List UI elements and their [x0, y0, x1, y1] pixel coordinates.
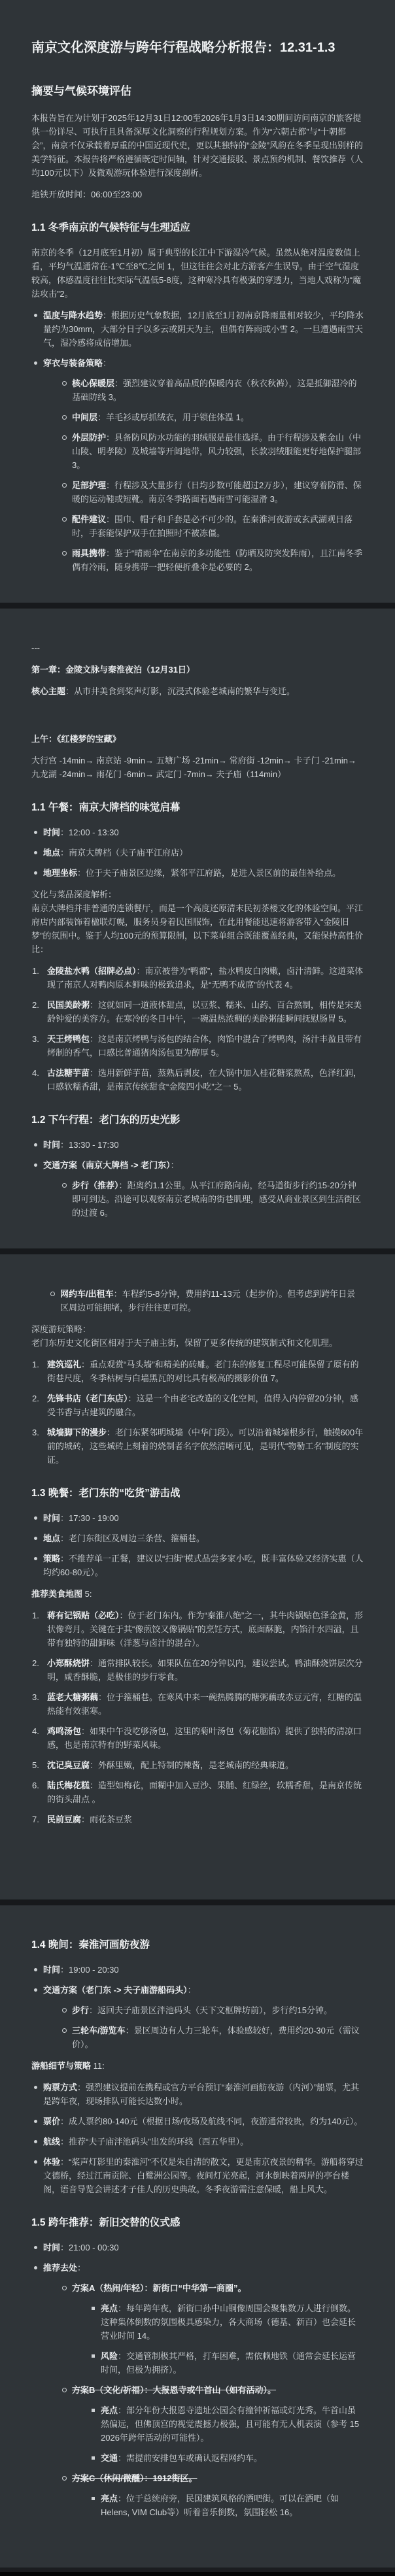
list-item-text: 时间：12:00 - 13:30 [43, 828, 119, 837]
list-item: 地理坐标：位于夫子庙景区边缘，紧邻平江府路，是进入景区前的最佳补给点。 [31, 866, 364, 880]
list-item-label: 交通方案（南京大牌档 -> 老门东） [43, 1160, 171, 1170]
list-item-label: 航线 [43, 2137, 60, 2147]
list-item-label: 小郑酥烧饼 [47, 1658, 90, 1668]
list-item-label: 步行 [72, 2005, 89, 2015]
paragraph-text: 南京的冬季（12月底至1月初）属于典型的长江中下游湿冷气候。虽然从绝对温度数值上… [31, 248, 361, 299]
list-item-text: 三轮车/游览车：景区周边有人力三轮车，体验感较好，费用约20-30元（需议价）。 [72, 2026, 360, 2049]
list-item: 温度与降水趋势：根据历史气象数据，12月底至1月初南京降雨量相对较少，平均降水量… [31, 309, 364, 350]
list-item: 交通方案（南京大牌档 -> 老门东）：步行（推荐）：距离约1.1公里。从平江府路… [31, 1158, 364, 1220]
list-item-text: 体验：“桨声灯影里的秦淮河”不仅是朱自清的散文，更是南京夜景的精华。游船将穿过文… [43, 2157, 364, 2194]
list-item-label: 时间 [43, 1140, 60, 1150]
paragraph: 本报告旨在为计划于2025年12月31日12:00至2026年1月3日14:30… [31, 111, 364, 180]
list-item-text: 穿衣与装备策略： [43, 358, 111, 368]
list-item-desc: ：“桨声灯影里的秦淮河”不仅是朱自清的散文，更是南京夜景的精华。游船将穿过文德桥… [43, 2157, 364, 2194]
list-item-desc: ：不推荐单一正餐，建议以“扫街”模式品尝多家小吃，既丰富体验又经济实惠（人均约6… [43, 1554, 364, 1577]
list-item-desc: ：重点观赏“马头墙”和精美的砖雕。老门东的修复工程尽可能保留了原有的街巷尺度，冬… [47, 1360, 359, 1383]
numbered-list: 1.蒋有记锅贴（必吃）：位于老门东内。作为“秦淮八绝”之一，其牛肉锅贴色泽金黄，… [31, 1609, 364, 1826]
paragraph-text: 文化与菜品深度解析： 南京大牌档并非普通的连锁餐厅，而是一个高度还原清末民初茶楼… [31, 890, 363, 954]
disc-bullet-icon [34, 1557, 37, 1560]
list-item: 1.金陵盐水鸭（招牌必点）：南京被誉为“鸭都”，盐水鸭皮白肉嫩，卤汁清鲜。这道菜… [31, 964, 364, 992]
section-heading: 1.4 晚间：秦淮河画舫夜游 [31, 1938, 364, 1952]
section-heading: 1.2 下午行程：老门东的历史光影 [31, 1113, 364, 1128]
paragraph: 游船细节与策略 11: [31, 2059, 364, 2073]
list-item-desc: ：这是南京烤鸭与汤包的结合体，肉馅中混合了烤鸭肉，汤汁丰盈且带有烤制的香气，口感… [47, 1034, 362, 1058]
list-item-label: 网约车/出租车 [60, 1289, 114, 1299]
list-item-text: 亮点：部分年份大报恩寺遗址公园会有撞钟祈福或灯光秀。牛首山虽然偏远，但佛顶宫的视… [101, 2405, 359, 2443]
bullet-list: 时间：19:00 - 20:30交通方案（老门东 -> 夫子庙游船码头）：步行：… [31, 1963, 364, 2051]
list-item-desc: ：围巾、帽子和手套是必不可少的。在秦淮河夜游或玄武湖观日落时，手套能保护双手在拍… [72, 514, 352, 538]
list-item-text: 购票方式：强烈建议提前在携程或官方平台预订“秦淮河画舫夜游（内河）”船票，尤其是… [43, 2083, 359, 2106]
list-item: 交通：需提前安排包车或确认返程网约车。 [89, 2451, 364, 2465]
paragraph-label: 游船细节与策略 [31, 2061, 91, 2071]
list-item-text: 交通：需提前安排包车或确认返程网约车。 [101, 2453, 262, 2463]
paragraph: 大行宫 -14min→ 南京站 -9min→ 五塘广场 -21min→ 常府街 … [31, 754, 364, 781]
list-item-text: 古法糖芋苗：选用新鲜芋苗，蒸熟后剥皮，在大锅中加入桂花糖浆熬煮，色泽红润，口感软… [47, 1068, 362, 1092]
square-bullet-icon [92, 2307, 95, 2310]
list-item-desc: ：外酥里嫩，配上特制的辣酱，是老城南的经典味道。 [90, 1760, 294, 1770]
list-item-label: 三轮车/游览车 [72, 2026, 126, 2035]
bullet-list: 步行（推荐）：距离约1.1公里。从平江府路向南，经马道街步行约15-20分钟即可… [60, 1179, 364, 1220]
list-item-label: 方案A（热闹/年轻）：新街口“中华第一商圈”。 [72, 2283, 247, 2293]
list-item: 外层防护：具备防风防水功能的羽绒服是最佳选择。由于行程涉及紫金山（中山陵、明孝陵… [60, 431, 364, 472]
list-item: 亮点：位于总统府旁，民国建筑风格的酒吧街。可以在酒吧（如Helens, VIM … [89, 2492, 364, 2519]
section-divider [0, 1248, 395, 1254]
bullet-list: 时间：21:00 - 00:30推荐去处：方案A（热闹/年轻）：新街口“中华第一… [31, 2241, 364, 2519]
list-item: 方案A（热闹/年轻）：新街口“中华第一商圈”。亮点：每年跨年夜，新街口孙中山铜像… [60, 2281, 364, 2377]
list-item: 地点：老门东街区及周边三条营、箍桶巷。 [31, 1531, 364, 1545]
square-bullet-icon [92, 2456, 95, 2460]
paragraph-text: 5: [82, 1589, 92, 1599]
list-item-text: 建筑巡礼：重点观赏“马头墙”和精美的砖雕。老门东的修复工程尽可能保留了原有的街巷… [47, 1360, 359, 1383]
paragraph-text: 11: [91, 2061, 105, 2071]
list-item-label: 亮点 [101, 2303, 118, 2313]
list-item: 地点：南京大牌档（夫子庙平江府店） [31, 846, 364, 860]
list-item: 7.民前豆腐：雨花茶豆浆 [31, 1813, 364, 1826]
list-item: 3.天王烤鸭包：这是南京烤鸭与汤包的结合体，肉馅中混合了烤鸭肉，汤汁丰盈且带有烤… [31, 1032, 364, 1060]
numbered-list: 1.建筑巡礼：重点观赏“马头墙”和精美的砖雕。老门东的修复工程尽可能保留了原有的… [31, 1358, 364, 1467]
list-item: 步行：返回夫子庙景区泮池码头（天下文枢牌坊前），步行约15分钟。 [60, 2003, 364, 2017]
disc-bullet-icon [34, 314, 37, 317]
number-marker: 2. [32, 1656, 44, 1670]
list-item-desc: ：需提前安排包车或确认返程网约车。 [118, 2453, 262, 2463]
list-item: 方案C（休闲/微醺）：1912街区。亮点：位于总统府旁，民国建筑风格的酒吧街。可… [60, 2471, 364, 2519]
list-item: 1.蒋有记锅贴（必吃）：位于老门东内。作为“秦淮八绝”之一，其牛肉锅贴色泽金黄，… [31, 1609, 364, 1650]
number-marker: 2. [32, 998, 44, 1012]
circle-bullet-icon [62, 483, 67, 488]
disc-bullet-icon [34, 1537, 37, 1540]
list-item: 风险：交通管制极其严格，打车困难，需依赖地铁（通常会延长运营时间，但极为拥挤）。 [89, 2349, 364, 2377]
paragraph: 南京的冬季（12月底至1月初）属于典型的长江中下游湿冷气候。虽然从绝对温度数值上… [31, 246, 364, 301]
report-document: 南京文化深度游与跨年行程战略分析报告：12.31-1.3摘要与气候环境评估本报告… [0, 0, 395, 2545]
list-item: 时间：19:00 - 20:30 [31, 1963, 364, 1977]
disc-bullet-icon [34, 2160, 37, 2164]
disc-bullet-icon [34, 851, 37, 854]
number-marker: 7. [32, 1813, 44, 1826]
spacer [31, 2527, 364, 2545]
list-item-label: 地点 [43, 848, 60, 858]
list-item-desc: ：13:30 - 17:30 [60, 1140, 119, 1150]
list-item-label: 核心保暖层 [72, 378, 114, 388]
list-item-label: 蒋有记锅贴（必吃） [47, 1611, 120, 1620]
bullet-list: 时间：13:30 - 17:30交通方案（南京大牌档 -> 老门东）：步行（推荐… [31, 1138, 364, 1220]
list-item-text: 时间：19:00 - 20:30 [43, 1965, 119, 1975]
circle-bullet-icon [62, 381, 67, 386]
list-item-desc: ：老门东街区及周边三条营、箍桶巷。 [60, 1533, 205, 1543]
list-item: 4.鸡鸣汤包：如果中午没吃够汤包，这里的菊叶汤包（菊花脑馅）提供了独特的清凉口感… [31, 1724, 364, 1752]
circle-bullet-icon [62, 415, 67, 420]
disc-bullet-icon [34, 1143, 37, 1146]
list-item-text: 外层防护：具备防风防水功能的羽绒服是最佳选择。由于行程涉及紫金山（中山陵、明孝陵… [72, 433, 361, 470]
list-item-label: 地点 [43, 1533, 60, 1543]
list-item: 购票方式：强烈建议提前在携程或官方平台预订“秦淮河画舫夜游（内河）”船票，尤其是… [31, 2081, 364, 2108]
list-item-label: 鸡鸣汤包 [47, 1726, 81, 1736]
list-item: 网约车/出租车：车程约5-8分钟，费用约11-13元（起步价）。但考虑到跨年日景… [48, 1287, 364, 1314]
list-item-label: 城墙脚下的漫步 [47, 1428, 107, 1437]
disc-bullet-icon [34, 2266, 37, 2269]
paragraph: 核心主题：从市井美食到桨声灯影，沉浸式体验老城南的繁华与变迁。 [31, 684, 364, 698]
list-item: 方案B（文化/祈福）：大报恩寺或牛首山（如有活动）。亮点：部分年份大报恩寺遗址公… [60, 2383, 364, 2465]
section-heading: 摘要与气候环境评估 [31, 84, 364, 99]
list-item: 航线：推荐“夫子庙泮池码头”出发的环线（西五华里）。 [31, 2135, 364, 2149]
list-item-text: 民前豆腐：雨花茶豆浆 [47, 1815, 132, 1824]
list-item-label: 古法糖芋苗 [47, 1068, 90, 1078]
disc-bullet-icon [34, 1988, 37, 1992]
list-item: 5.沈记臭豆腐：外酥里嫩，配上特制的辣酱，是老城南的经典味道。 [31, 1758, 364, 1772]
paragraph-text: 地铁开放时间：06:00至23:00 [31, 190, 142, 199]
paragraph: 深度游玩策略： 老门东历史文化街区相对于夫子庙主街，保留了更多传统的建筑制式和文… [31, 1322, 364, 1350]
list-item: 三轮车/游览车：景区周边有人力三轮车，体验感较好，费用约20-30元（需议价）。 [60, 2024, 364, 2051]
list-item: 亮点：部分年份大报恩寺遗址公园会有撞钟祈福或灯光秀。牛首山虽然偏远，但佛顶宫的视… [89, 2403, 364, 2445]
list-item: 3.城墙脚下的漫步：老门东紧邻明城墙（中华门段）。可以沿着城墙根步行，触摸600… [31, 1426, 364, 1467]
list-item-label: 票价 [43, 2116, 60, 2126]
list-item-label: 交通 [101, 2453, 118, 2463]
spacer [31, 1852, 364, 1871]
list-item: 时间：21:00 - 00:30 [31, 2241, 364, 2254]
list-item-label: 方案B（文化/祈福）：大报恩寺或牛首山（如有活动）。 [72, 2385, 276, 2395]
list-item-text: 民国美龄粥：这就如同一道液体甜点，以豆浆、糯米、山药、百合熬制，相传是宋美龄钟爱… [47, 1000, 362, 1024]
paragraph-text: --- [31, 643, 40, 653]
list-item-desc: ：雨花茶豆浆 [81, 1815, 132, 1824]
list-item-label: 民前豆腐 [47, 1815, 81, 1824]
list-item-text: 方案A（热闹/年轻）：新街口“中华第一商圈”。 [72, 2283, 247, 2293]
list-item-desc: ：选用新鲜芋苗，蒸熟后剥皮，在大锅中加入桂花糖浆熬煮，色泽红润，口感软糯香甜，是… [47, 1068, 362, 1092]
list-item-text: 交通方案（南京大牌档 -> 老门东）： [43, 1160, 179, 1170]
paragraph: 上午：《红楼梦的宝藏》 [31, 732, 364, 746]
list-item-text: 中间层：羊毛衫或厚抓绒衣，用于锁住体温 1。 [72, 412, 249, 422]
list-item-label: 购票方式 [43, 2083, 77, 2092]
list-item-label: 方案C（休闲/微醺）：1912街区。 [72, 2473, 197, 2483]
paragraph: 地铁开放时间：06:00至23:00 [31, 188, 364, 201]
bullet-list: 步行：返回夫子庙景区泮池码头（天下文枢牌坊前），步行约15分钟。三轮车/游览车：… [60, 2003, 364, 2051]
list-item-label: 温度与降水趋势 [43, 310, 103, 320]
paragraph-text: 大行宫 -14min→ 南京站 -9min→ 五塘广场 -21min→ 常府街 … [31, 756, 356, 779]
list-item-text: 步行：返回夫子庙景区泮池码头（天下文枢牌坊前），步行约15分钟。 [72, 2005, 332, 2015]
section-heading: 1.3 晚餐：老门东的“吃货”游击战 [31, 1486, 364, 1501]
number-marker: 4. [32, 1724, 44, 1738]
square-bullet-icon [92, 2354, 95, 2358]
list-item-desc: ：交通管制极其严格，打车困难，需依赖地铁（通常会延长运营时间，但极为拥挤）。 [101, 2351, 356, 2375]
footer-divider-band [0, 2568, 395, 2572]
list-item: 策略：不推荐单一正餐，建议以“扫街”模式品尝多家小吃，既丰富体验又经济实惠（人均… [31, 1552, 364, 1579]
list-item: 时间：17:30 - 19:00 [31, 1511, 364, 1525]
bullet-list: 核心保暖层：强烈建议穿着高品质的保暖内衣（秋衣秋裤），这是抵御湿冷的基础防线 3… [60, 376, 364, 574]
list-item: 6.陆氏梅花糕：造型如梅花，面糊中加入豆沙、果脯、红绿丝，软糯香甜，是南京传统的… [31, 1779, 364, 1806]
list-item-text: 地理坐标：位于夫子庙景区边缘，紧邻平江府路，是进入景区前的最佳补给点。 [43, 868, 341, 878]
list-item: 2.民国美龄粥：这就如同一道液体甜点，以豆浆、糯米、山药、百合熬制，相传是宋美龄… [31, 998, 364, 1026]
list-item-desc: ：部分年份大报恩寺遗址公园会有撞钟祈福或灯光秀。牛首山虽然偏远，但佛顶宫的视觉震… [101, 2405, 359, 2443]
list-item-desc: ：21:00 - 00:30 [60, 2243, 119, 2252]
list-item-text: 步行（推荐）：距离约1.1公里。从平江府路向南，经马道街步行约15-20分钟即可… [72, 1180, 361, 1218]
list-item-desc: ： [188, 1985, 196, 1995]
list-item: 配件建议：围巾、帽子和手套是必不可少的。在秦淮河夜游或玄武湖观日落时，手套能保护… [60, 512, 364, 540]
disc-bullet-icon [34, 2246, 37, 2249]
list-item-text: 亮点：每年跨年夜，新街口孙中山铜像周围会聚集数万人进行倒数。这种集体倒数的氛围极… [101, 2303, 356, 2341]
disc-bullet-icon [34, 2140, 37, 2143]
circle-bullet-icon [62, 2476, 67, 2481]
list-item: 推荐去处：方案A（热闹/年轻）：新街口“中华第一商圈”。亮点：每年跨年夜，新街口… [31, 2261, 364, 2519]
list-item-text: 方案B（文化/祈福）：大报恩寺或牛首山（如有活动）。 [72, 2385, 276, 2395]
list-item-desc: ：这就如同一道液体甜点，以豆浆、糯米、山药、百合熬制，相传是宋美龄钟爱的美容方。… [47, 1000, 362, 1024]
bullet-list: 方案A（热闹/年轻）：新街口“中华第一商圈”。亮点：每年跨年夜，新街口孙中山铜像… [60, 2281, 364, 2519]
list-item-desc: ： [103, 358, 111, 368]
list-item-text: 地点：南京大牌档（夫子庙平江府店） [43, 848, 188, 858]
list-item: 2.小郑酥烧饼：通常排队较长。如果队伍在20分钟以内，建议尝试。鸭油酥烧饼层次分… [31, 1656, 364, 1684]
list-item-label: 时间 [43, 828, 60, 837]
list-item: 核心保暖层：强烈建议穿着高品质的保暖内衣（秋衣秋裤），这是抵御湿冷的基础防线 3… [60, 376, 364, 404]
list-item-desc: ：行程涉及大量步行（日均步数可能超过2万步），建议穿着防滑、保暖的运动鞋或短靴。… [72, 480, 362, 504]
list-item-label: 亮点 [101, 2494, 118, 2503]
square-bullet-icon [92, 2497, 95, 2500]
list-item-label: 时间 [43, 1513, 60, 1523]
list-item-desc: ：南京大牌档（夫子庙平江府店） [60, 848, 188, 858]
list-item-label: 蓝老大糖粥藕 [47, 1692, 98, 1702]
list-item-text: 地点：老门东街区及周边三条营、箍桶巷。 [43, 1533, 205, 1543]
bullet-list: 温度与降水趋势：根据历史气象数据，12月底至1月初南京降雨量相对较少，平均降水量… [31, 309, 364, 574]
list-item-text: 时间：13:30 - 17:30 [43, 1140, 119, 1150]
list-item: 中间层：羊毛衫或厚抓绒衣，用于锁住体温 1。 [60, 410, 364, 424]
circle-bullet-icon [62, 1183, 67, 1188]
disc-bullet-icon [34, 2086, 37, 2089]
disc-bullet-icon [34, 1163, 37, 1167]
list-item-label: 金陵盐水鸭（招牌必点） [47, 966, 137, 976]
bullet-list: 网约车/出租车：车程约5-8分钟，费用约11-13元（起步价）。但考虑到跨年日景… [48, 1287, 364, 1314]
list-item-text: 策略：不推荐单一正餐，建议以“扫街”模式品尝多家小吃，既丰富体验又经济实惠（人均… [43, 1554, 364, 1577]
list-item-desc: ：19:00 - 20:30 [60, 1965, 119, 1975]
disc-bullet-icon [34, 1968, 37, 1971]
list-item-desc: ：返回夫子庙景区泮池码头（天下文枢牌坊前），步行约15分钟。 [89, 2005, 332, 2015]
square-bullet-icon [92, 2409, 95, 2412]
bullet-list: 亮点：位于总统府旁，民国建筑风格的酒吧街。可以在酒吧（如Helens, VIM … [89, 2492, 364, 2519]
list-item-desc: ：强烈建议穿着高品质的保暖内衣（秋衣秋裤），这是抵御湿冷的基础防线 3。 [72, 378, 357, 402]
list-item-text: 陆氏梅花糕：造型如梅花，面糊中加入豆沙、果脯、红绿丝，软糯香甜，是南京传统的街头… [47, 1781, 362, 1804]
paragraph-label: 上午：《红楼梦的宝藏》 [31, 734, 121, 744]
list-item-text: 小郑酥烧饼：通常排队较长。如果队伍在20分钟以内，建议尝试。鸭油酥烧饼层次分明，… [47, 1658, 362, 1682]
numbered-list: 1.金陵盐水鸭（招牌必点）：南京被誉为“鸭都”，盐水鸭皮白肉嫩，卤汁清鲜。这道菜… [31, 964, 364, 1094]
bullet-list: 亮点：部分年份大报恩寺遗址公园会有撞钟祈福或灯光秀。牛首山虽然偏远，但佛顶宫的视… [89, 2403, 364, 2465]
bullet-list: 购票方式：强烈建议提前在携程或官方平台预订“秦淮河画舫夜游（内河）”船票，尤其是… [31, 2081, 364, 2196]
list-item-label: 沈记臭豆腐 [47, 1760, 90, 1770]
circle-bullet-icon [62, 2388, 67, 2392]
list-item-desc: ：强烈建议提前在携程或官方平台预订“秦淮河画舫夜游（内河）”船票，尤其是跨年夜，… [43, 2083, 359, 2106]
paragraph-text: ：从市井美食到桨声灯影，沉浸式体验老城南的繁华与变迁。 [65, 686, 295, 696]
paragraph: 文化与菜品深度解析： 南京大牌档并非普通的连锁餐厅，而是一个高度还原清末民初茶楼… [31, 888, 364, 956]
list-item-desc: ：17:30 - 19:00 [60, 1513, 119, 1523]
list-item-label: 民国美龄粥 [47, 1000, 90, 1010]
list-item: 时间：13:30 - 17:30 [31, 1138, 364, 1152]
bullet-list: 亮点：每年跨年夜，新街口孙中山铜像周围会聚集数万人进行倒数。这种集体倒数的氛围极… [89, 2301, 364, 2377]
list-item-desc: ： [171, 1160, 179, 1170]
number-marker: 1. [32, 1609, 44, 1622]
footer-black-edge [0, 2572, 395, 2576]
disc-bullet-icon [34, 361, 37, 365]
disc-bullet-icon [34, 871, 37, 875]
list-item-label: 地理坐标 [43, 868, 77, 878]
list-item-desc: ：12:00 - 13:30 [60, 828, 119, 837]
list-item-text: 航线：推荐“夫子庙泮池码头”出发的环线（西五华里）。 [43, 2137, 249, 2147]
list-item-label: 建筑巡礼 [47, 1360, 81, 1369]
list-item: 亮点：每年跨年夜，新街口孙中山铜像周围会聚集数万人进行倒数。这种集体倒数的氛围极… [89, 2301, 364, 2343]
list-item-text: 雨具携带：鉴于“晴雨伞”在南京的多功能性（防晒及防突发阵雨），且江南冬季偶有冷雨… [72, 548, 362, 572]
list-item-desc: ：推荐“夫子庙泮池码头”出发的环线（西五华里）。 [60, 2137, 249, 2147]
list-item-text: 推荐去处： [43, 2263, 86, 2273]
list-item-desc: ：具备防风防水功能的羽绒服是最佳选择。由于行程涉及紫金山（中山陵、明孝陵）及城墙… [72, 433, 361, 470]
list-item: 2.先锋书店（老门东店）：这是一个由老宅改造的文化空间，值得入内停留20分钟，感… [31, 1392, 364, 1419]
list-item-text: 亮点：位于总统府旁，民国建筑风格的酒吧街。可以在酒吧（如Helens, VIM … [101, 2494, 339, 2517]
circle-bullet-icon [62, 435, 67, 440]
list-item-text: 蓝老大糖粥藕：位于箍桶巷。在寒风中来一碗热腾腾的糖粥藕或赤豆元宵，红糖的温热能有… [47, 1692, 362, 1716]
list-item-desc: ：造型如梅花，面糊中加入豆沙、果脯、红绿丝，软糯香甜，是南京传统的街头甜点 。 [47, 1781, 362, 1804]
list-item-text: 鸡鸣汤包：如果中午没吃够汤包，这里的菊叶汤包（菊花脑馅）提供了独特的清凉口感，也… [47, 1726, 362, 1750]
number-marker: 1. [32, 964, 44, 978]
list-item: 3.蓝老大糖粥藕：位于箍桶巷。在寒风中来一碗热腾腾的糖粥藕或赤豆元宵，红糖的温热… [31, 1690, 364, 1718]
list-item-label: 策略 [43, 1554, 60, 1564]
list-item-label: 配件建议 [72, 514, 106, 524]
list-item-label: 体验 [43, 2157, 60, 2167]
list-item-text: 蒋有记锅贴（必吃）：位于老门东内。作为“秦淮八绝”之一，其牛肉锅贴色泽金黄，形状… [47, 1611, 363, 1648]
number-marker: 4. [32, 1066, 44, 1080]
list-item: 足部护理：行程涉及大量步行（日均步数可能超过2万步），建议穿着防滑、保暖的运动鞋… [60, 478, 364, 506]
list-item-text: 交通方案（老门东 -> 夫子庙游船码头）： [43, 1985, 196, 1995]
disc-bullet-icon [34, 831, 37, 834]
spacer [31, 1834, 364, 1852]
list-item-label: 风险 [101, 2351, 118, 2361]
section-heading: 1.5 跨年推荐：新旧交替的仪式感 [31, 2216, 364, 2230]
circle-bullet-icon [62, 2286, 67, 2290]
paragraph-label: 第一章：金陵文脉与秦淮夜泊（12月31日） [31, 665, 195, 675]
list-item-text: 温度与降水趋势：根据历史气象数据，12月底至1月初南京降雨量相对较少，平均降水量… [43, 310, 364, 348]
disc-bullet-icon [34, 2120, 37, 2123]
section-heading: 1.1 冬季南京的气候特征与生理适应 [31, 221, 364, 235]
list-item-text: 先锋书店（老门东店）：这是一个由老宅改造的文化空间，值得入内停留20分钟，感受书… [47, 1394, 358, 1417]
section-divider [0, 1899, 395, 1905]
number-marker: 5. [32, 1758, 44, 1772]
list-item-label: 推荐去处 [43, 2263, 77, 2273]
list-item-text: 票价：成人票约80-140元（根据日场/夜场及航线不同，夜游通常较贵，约为140… [43, 2116, 362, 2126]
list-item-label: 先锋书店（老门东店） [47, 1394, 128, 1403]
footer-bar [0, 2568, 395, 2576]
list-item-label: 足部护理 [72, 480, 106, 490]
circle-bullet-icon [62, 517, 67, 522]
list-item-text: 核心保暖层：强烈建议穿着高品质的保暖内衣（秋衣秋裤），这是抵御湿冷的基础防线 3… [72, 378, 357, 402]
list-item-label: 时间 [43, 1965, 60, 1975]
list-item-desc: ：每年跨年夜，新街口孙中山铜像周围会聚集数万人进行倒数。这种集体倒数的氛围极具感… [101, 2303, 356, 2341]
number-marker: 2. [32, 1392, 44, 1405]
list-item: 1.建筑巡礼：重点观赏“马头墙”和精美的砖雕。老门东的修复工程尽可能保留了原有的… [31, 1358, 364, 1385]
list-item: 交通方案（老门东 -> 夫子庙游船码头）：步行：返回夫子庙景区泮池码头（天下文枢… [31, 1983, 364, 2051]
list-item-label: 雨具携带 [72, 548, 106, 558]
list-item-desc: ： [77, 2263, 86, 2273]
paragraph-text: 深度游玩策略： 老门东历史文化街区相对于夫子庙主街，保留了更多传统的建筑制式和文… [31, 1324, 337, 1348]
list-item-label: 亮点 [101, 2405, 118, 2415]
list-item-label: 穿衣与装备策略 [43, 358, 103, 368]
list-item-desc: ：如果中午没吃够汤包，这里的菊叶汤包（菊花脑馅）提供了独特的清凉口感，也是南京特… [47, 1726, 362, 1750]
number-marker: 1. [32, 1358, 44, 1371]
paragraph-label: 核心主题 [31, 686, 65, 696]
list-item: 雨具携带：鉴于“晴雨伞”在南京的多功能性（防晒及防突发阵雨），且江南冬季偶有冷雨… [60, 546, 364, 574]
list-item-text: 时间：21:00 - 00:30 [43, 2243, 119, 2252]
list-item-label: 中间层 [72, 412, 97, 422]
list-item-desc: ：通常排队较长。如果队伍在20分钟以内，建议尝试。鸭油酥烧饼层次分明，咸香酥脆，… [47, 1658, 362, 1682]
report-title: 南京文化深度游与跨年行程战略分析报告：12.31-1.3 [31, 38, 364, 58]
list-item-label: 步行（推荐） [72, 1180, 119, 1190]
list-item-desc: ：成人票约80-140元（根据日场/夜场及航线不同，夜游通常较贵，约为140元）… [60, 2116, 362, 2126]
paragraph: 推荐美食地图 5: [31, 1587, 364, 1601]
list-item-desc: ：羊毛衫或厚抓绒衣，用于锁住体温 1。 [97, 412, 249, 422]
paragraph-label: 推荐美食地图 [31, 1589, 82, 1599]
circle-bullet-icon [62, 551, 67, 556]
list-item-text: 风险：交通管制极其严格，打车困难，需依赖地铁（通常会延长运营时间，但极为拥挤）。 [101, 2351, 356, 2375]
list-item-label: 天王烤鸭包 [47, 1034, 90, 1044]
number-marker: 3. [32, 1426, 44, 1439]
paragraph: 第一章：金陵文脉与秦淮夜泊（12月31日） [31, 663, 364, 677]
list-item-text: 沈记臭豆腐：外酥里嫩，配上特制的辣酱，是老城南的经典味道。 [47, 1760, 294, 1770]
section-divider [0, 603, 395, 609]
number-marker: 3. [32, 1032, 44, 1046]
paragraph-text: 本报告旨在为计划于2025年12月31日12:00至2026年1月3日14:30… [31, 113, 363, 178]
list-item-desc: ：位于总统府旁，民国建筑风格的酒吧街。可以在酒吧（如Helens, VIM Cl… [101, 2494, 339, 2517]
list-item: 步行（推荐）：距离约1.1公里。从平江府路向南，经马道街步行约15-20分钟即可… [60, 1179, 364, 1220]
circle-bullet-icon [62, 2008, 67, 2013]
list-item-text: 网约车/出租车：车程约5-8分钟，费用约11-13元（起步价）。但考虑到跨年日景… [60, 1289, 355, 1313]
list-item-text: 方案C（休闲/微醺）：1912街区。 [72, 2473, 197, 2483]
list-item-text: 配件建议：围巾、帽子和手套是必不可少的。在秦淮河夜游或玄武湖观日落时，手套能保护… [72, 514, 352, 538]
list-item: 4.古法糖芋苗：选用新鲜芋苗，蒸熟后剥皮，在大锅中加入桂花糖浆熬煮，色泽红润，口… [31, 1066, 364, 1094]
spacer [31, 706, 364, 724]
list-item: 票价：成人票约80-140元（根据日场/夜场及航线不同，夜游通常较贵，约为140… [31, 2115, 364, 2128]
circle-bullet-icon [62, 2028, 67, 2033]
list-item-label: 交通方案（老门东 -> 夫子庙游船码头） [43, 1985, 188, 1995]
number-marker: 3. [32, 1690, 44, 1704]
list-item-label: 外层防护 [72, 433, 106, 443]
disc-bullet-icon [34, 1516, 37, 1520]
list-item: 时间：12:00 - 13:30 [31, 826, 364, 839]
bullet-list: 时间：12:00 - 13:30地点：南京大牌档（夫子庙平江府店）地理坐标：位于… [31, 826, 364, 880]
list-item-text: 足部护理：行程涉及大量步行（日均步数可能超过2万步），建议穿着防滑、保暖的运动鞋… [72, 480, 362, 504]
list-item: 体验：“桨声灯影里的秦淮河”不仅是朱自清的散文，更是南京夜景的精华。游船将穿过文… [31, 2155, 364, 2196]
paragraph: --- [31, 641, 364, 655]
bullet-list: 时间：17:30 - 19:00地点：老门东街区及周边三条营、箍桶巷。策略：不推… [31, 1511, 364, 1579]
number-marker: 6. [32, 1779, 44, 1792]
list-item-text: 金陵盐水鸭（招牌必点）：南京被誉为“鸭都”，盐水鸭皮白肉嫩，卤汁清鲜。这道菜体现… [47, 966, 363, 990]
list-item-label: 陆氏梅花糕 [47, 1781, 90, 1790]
section-heading: 1.1 午餐：南京大牌档的味觉启幕 [31, 801, 364, 815]
list-item-text: 城墙脚下的漫步：老门东紧邻明城墙（中华门段）。可以沿着城墙根步行，触摸600年前… [47, 1428, 363, 1465]
list-item-text: 时间：17:30 - 19:00 [43, 1513, 119, 1523]
list-item-text: 天王烤鸭包：这是南京烤鸭与汤包的结合体，肉馅中混合了烤鸭肉，汤汁丰盈且带有烤制的… [47, 1034, 362, 1058]
list-item-label: 时间 [43, 2243, 60, 2252]
circle-bullet-icon [50, 1292, 55, 1296]
list-item-desc: ：位于夫子庙景区边缘，紧邻平江府路，是进入景区前的最佳补给点。 [77, 868, 341, 878]
